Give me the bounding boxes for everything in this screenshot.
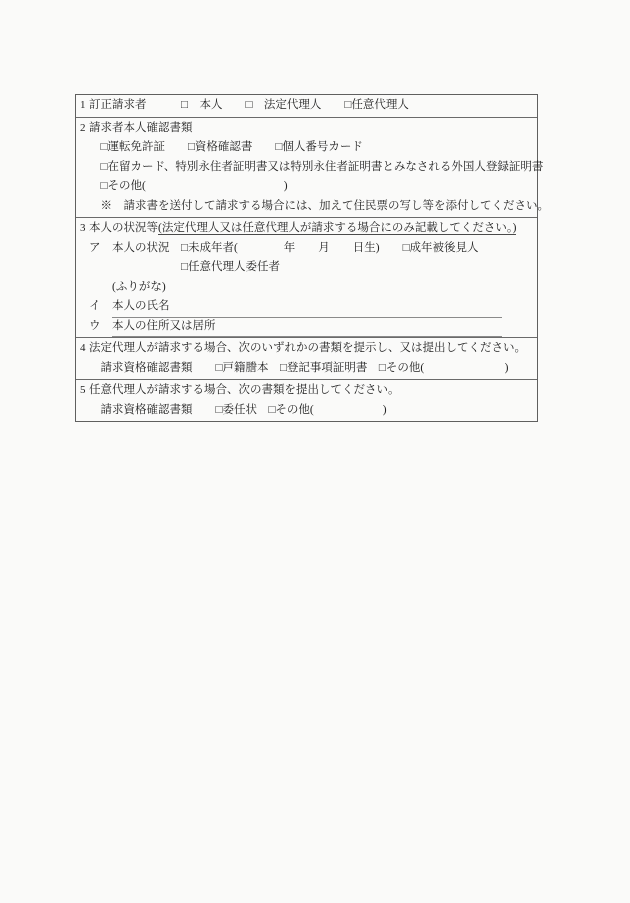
- table-row-identity-documents: 2 請求者本人確認書類 □運転免許証 □資格確認書 □個人番号カード □在留カー…: [76, 118, 537, 219]
- identity-docs-checkbox-residence-card: □在留カード、特別永住者証明書又は特別永住者証明書とみなされる外国人登録証明書: [89, 158, 537, 178]
- principal-address-item-marker: ウ: [89, 320, 112, 332]
- principal-status-heading: 本人の状況等(法定代理人又は任意代理人が請求する場合にのみ記載してください。): [89, 219, 537, 239]
- legal-rep-docs-checkbox-line: 請求資格確認書類 □戸籍謄本 □登記事項証明書 □その他( ): [89, 359, 537, 379]
- voluntary-rep-docs-checkbox-line: 請求資格確認書類 □委任状 □その他( ): [89, 401, 537, 421]
- voluntary-rep-heading: 任意代理人が請求する場合、次の書類を提出してください。: [89, 381, 537, 401]
- principal-name-field-line: イ 本人の氏名: [89, 297, 537, 317]
- row-number: 4: [80, 339, 86, 359]
- furigana-label: (ふりがな): [89, 278, 537, 298]
- table-row-claimant-type: 1 訂正請求者 □ 本人 □ 法定代理人 □任意代理人: [76, 95, 537, 118]
- document-page: 1 訂正請求者 □ 本人 □ 法定代理人 □任意代理人 2 請求者本人確認書類 …: [0, 0, 630, 903]
- row-number: 3: [80, 219, 86, 239]
- row-number: 2: [80, 119, 86, 139]
- principal-status-checkbox-line-1: ア 本人の状況 □未成年者( 年 月 日生) □成年被後見人: [89, 239, 537, 259]
- principal-name-item-marker: イ: [89, 300, 112, 312]
- legal-rep-heading: 法定代理人が請求する場合、次のいずれかの書類を提示し、又は提出してください。: [89, 339, 537, 359]
- row-number: 1: [80, 96, 86, 116]
- row-number: 5: [80, 381, 86, 401]
- table-row-legal-representative: 4 法定代理人が請求する場合、次のいずれかの書類を提示し、又は提出してください。…: [76, 338, 537, 380]
- identity-docs-heading: 請求者本人確認書類: [89, 119, 537, 139]
- table-row-voluntary-representative: 5 任意代理人が請求する場合、次の書類を提出してください。 請求資格確認書類 □…: [76, 380, 537, 421]
- principal-status-heading-underlined-note: (法定代理人又は任意代理人が請求する場合にのみ記載してください。): [158, 222, 516, 235]
- mail-request-note: ※ 請求書を送付して請求する場合には、加えて住民票の写し等を添付してください。: [89, 197, 537, 217]
- principal-status-checkbox-line-2: □任意代理人委任者: [89, 258, 537, 278]
- identity-docs-checkbox-other: □その他( ): [89, 177, 537, 197]
- table-row-principal-status: 3 本人の状況等(法定代理人又は任意代理人が請求する場合にのみ記載してください。…: [76, 218, 537, 338]
- correction-claimant-checkbox-line: 訂正請求者 □ 本人 □ 法定代理人 □任意代理人: [89, 96, 537, 116]
- principal-address-fill-line: 本人の住所又は居所: [112, 317, 502, 338]
- request-form-table: 1 訂正請求者 □ 本人 □ 法定代理人 □任意代理人 2 請求者本人確認書類 …: [75, 94, 538, 422]
- principal-name-fill-line: 本人の氏名: [112, 297, 502, 318]
- principal-address-field-line: ウ 本人の住所又は居所: [89, 317, 537, 337]
- identity-docs-checkbox-line-1: □運転免許証 □資格確認書 □個人番号カード: [89, 138, 537, 158]
- principal-status-heading-text: 本人の状況等: [89, 222, 158, 234]
